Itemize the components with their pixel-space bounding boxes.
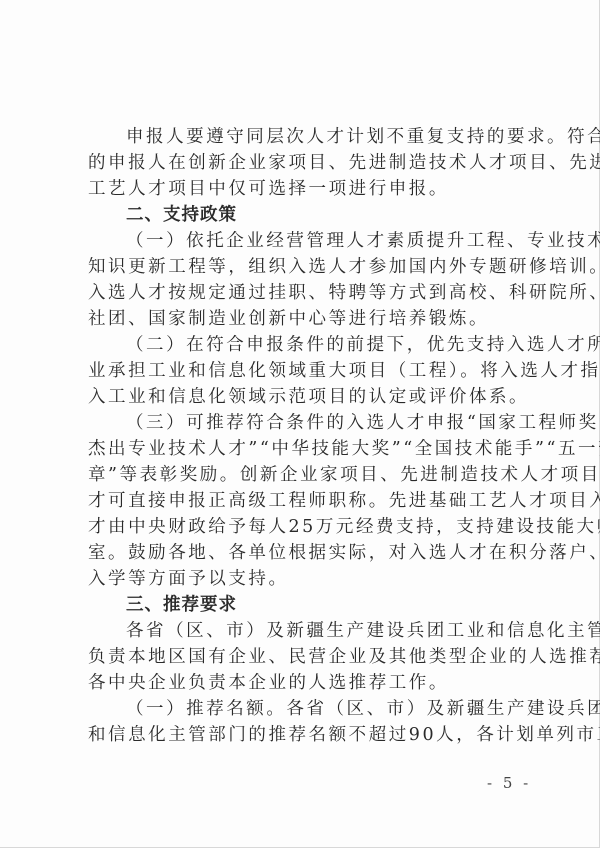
paragraph-line: 各省（区、市）及新疆生产建设兵团工业和信息化主管部门	[88, 618, 534, 644]
paragraph-line: 杰出专业技术人才”“中华技能大奖”“全国技术能手”“五一劳动奖	[88, 436, 534, 462]
page-number: - 5 -	[487, 774, 531, 792]
paragraph-line: 业承担工业和信息化领域重大项目（工程）。将入选人才指标纳	[88, 358, 534, 384]
paragraph-line: （一）依托企业经营管理人才素质提升工程、专业技术人才	[88, 228, 534, 254]
paragraph-line: 章”等表彰奖励。创新企业家项目、先进制造技术人才项目入选人	[88, 462, 534, 488]
paragraph-line: 知识更新工程等，组织入选人才参加国内外专题研修培训。支持	[88, 254, 534, 280]
paragraph-line: 各中央企业负责本企业的人选推荐工作。	[88, 670, 534, 696]
document-body: 申报人要遵守同层次人才计划不重复支持的要求。符合条件 的申报人在创新企业家项目、…	[88, 124, 534, 748]
document-page: 申报人要遵守同层次人才计划不重复支持的要求。符合条件 的申报人在创新企业家项目、…	[0, 0, 600, 848]
paragraph-line: 的申报人在创新企业家项目、先进制造技术人才项目、先进基础	[88, 150, 534, 176]
section-heading-support-policy: 二、支持政策	[88, 202, 534, 228]
paragraph-line: 才可直接申报正高级工程师职称。先进基础工艺人才项目入选人	[88, 488, 534, 514]
paragraph-line: 入选人才按规定通过挂职、特聘等方式到高校、科研院所、科技	[88, 280, 534, 306]
paragraph-line: （一）推荐名额。各省（区、市）及新疆生产建设兵团工业	[88, 696, 534, 722]
paragraph-line: 和信息化主管部门的推荐名额不超过90人，各计划单列市工业和	[88, 722, 534, 748]
section-heading-recommendation-requirements: 三、推荐要求	[88, 592, 534, 618]
paragraph-line: 社团、国家制造业创新中心等进行培养锻炼。	[88, 306, 534, 332]
paragraph-line: 室。鼓励各地、各单位根据实际，对入选人才在积分落户、子女	[88, 540, 534, 566]
paragraph-line: （二）在符合申报条件的前提下，优先支持入选人才所在企	[88, 332, 534, 358]
paragraph-line: 申报人要遵守同层次人才计划不重复支持的要求。符合条件	[88, 124, 534, 150]
paragraph-line: 入学等方面予以支持。	[88, 566, 534, 592]
paragraph-line: 负责本地区国有企业、民营企业及其他类型企业的人选推荐工作。	[88, 644, 534, 670]
paragraph-line: 入工业和信息化领域示范项目的认定或评价体系。	[88, 384, 534, 410]
paragraph-line: （三）可推荐符合条件的入选人才申报“国家工程师奖”“全国	[88, 410, 534, 436]
paragraph-line: 才由中央财政给予每人25万元经费支持，支持建设技能大师工作	[88, 514, 534, 540]
paragraph-line: 工艺人才项目中仅可选择一项进行申报。	[88, 176, 534, 202]
